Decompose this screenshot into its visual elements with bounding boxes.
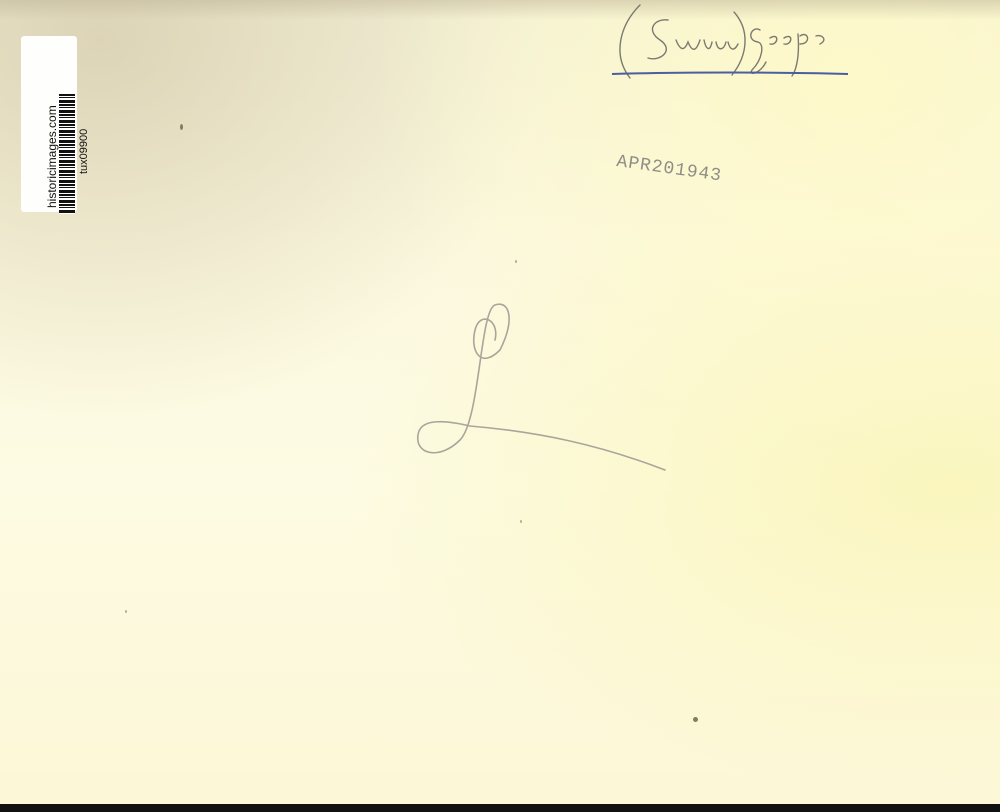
paper-speck [180,124,183,130]
paper-speck [515,260,517,263]
paper-speck [520,520,522,523]
title-underline [612,73,848,75]
scan-bottom-edge [0,804,1000,812]
handwritten-number-2 [418,304,665,470]
handwriting [0,0,1000,806]
photo-back: historicimages.com tux09900 APR201943 [0,0,1000,806]
paper-speck [693,717,698,722]
handwritten-title [620,5,824,78]
paper-speck [125,610,127,613]
